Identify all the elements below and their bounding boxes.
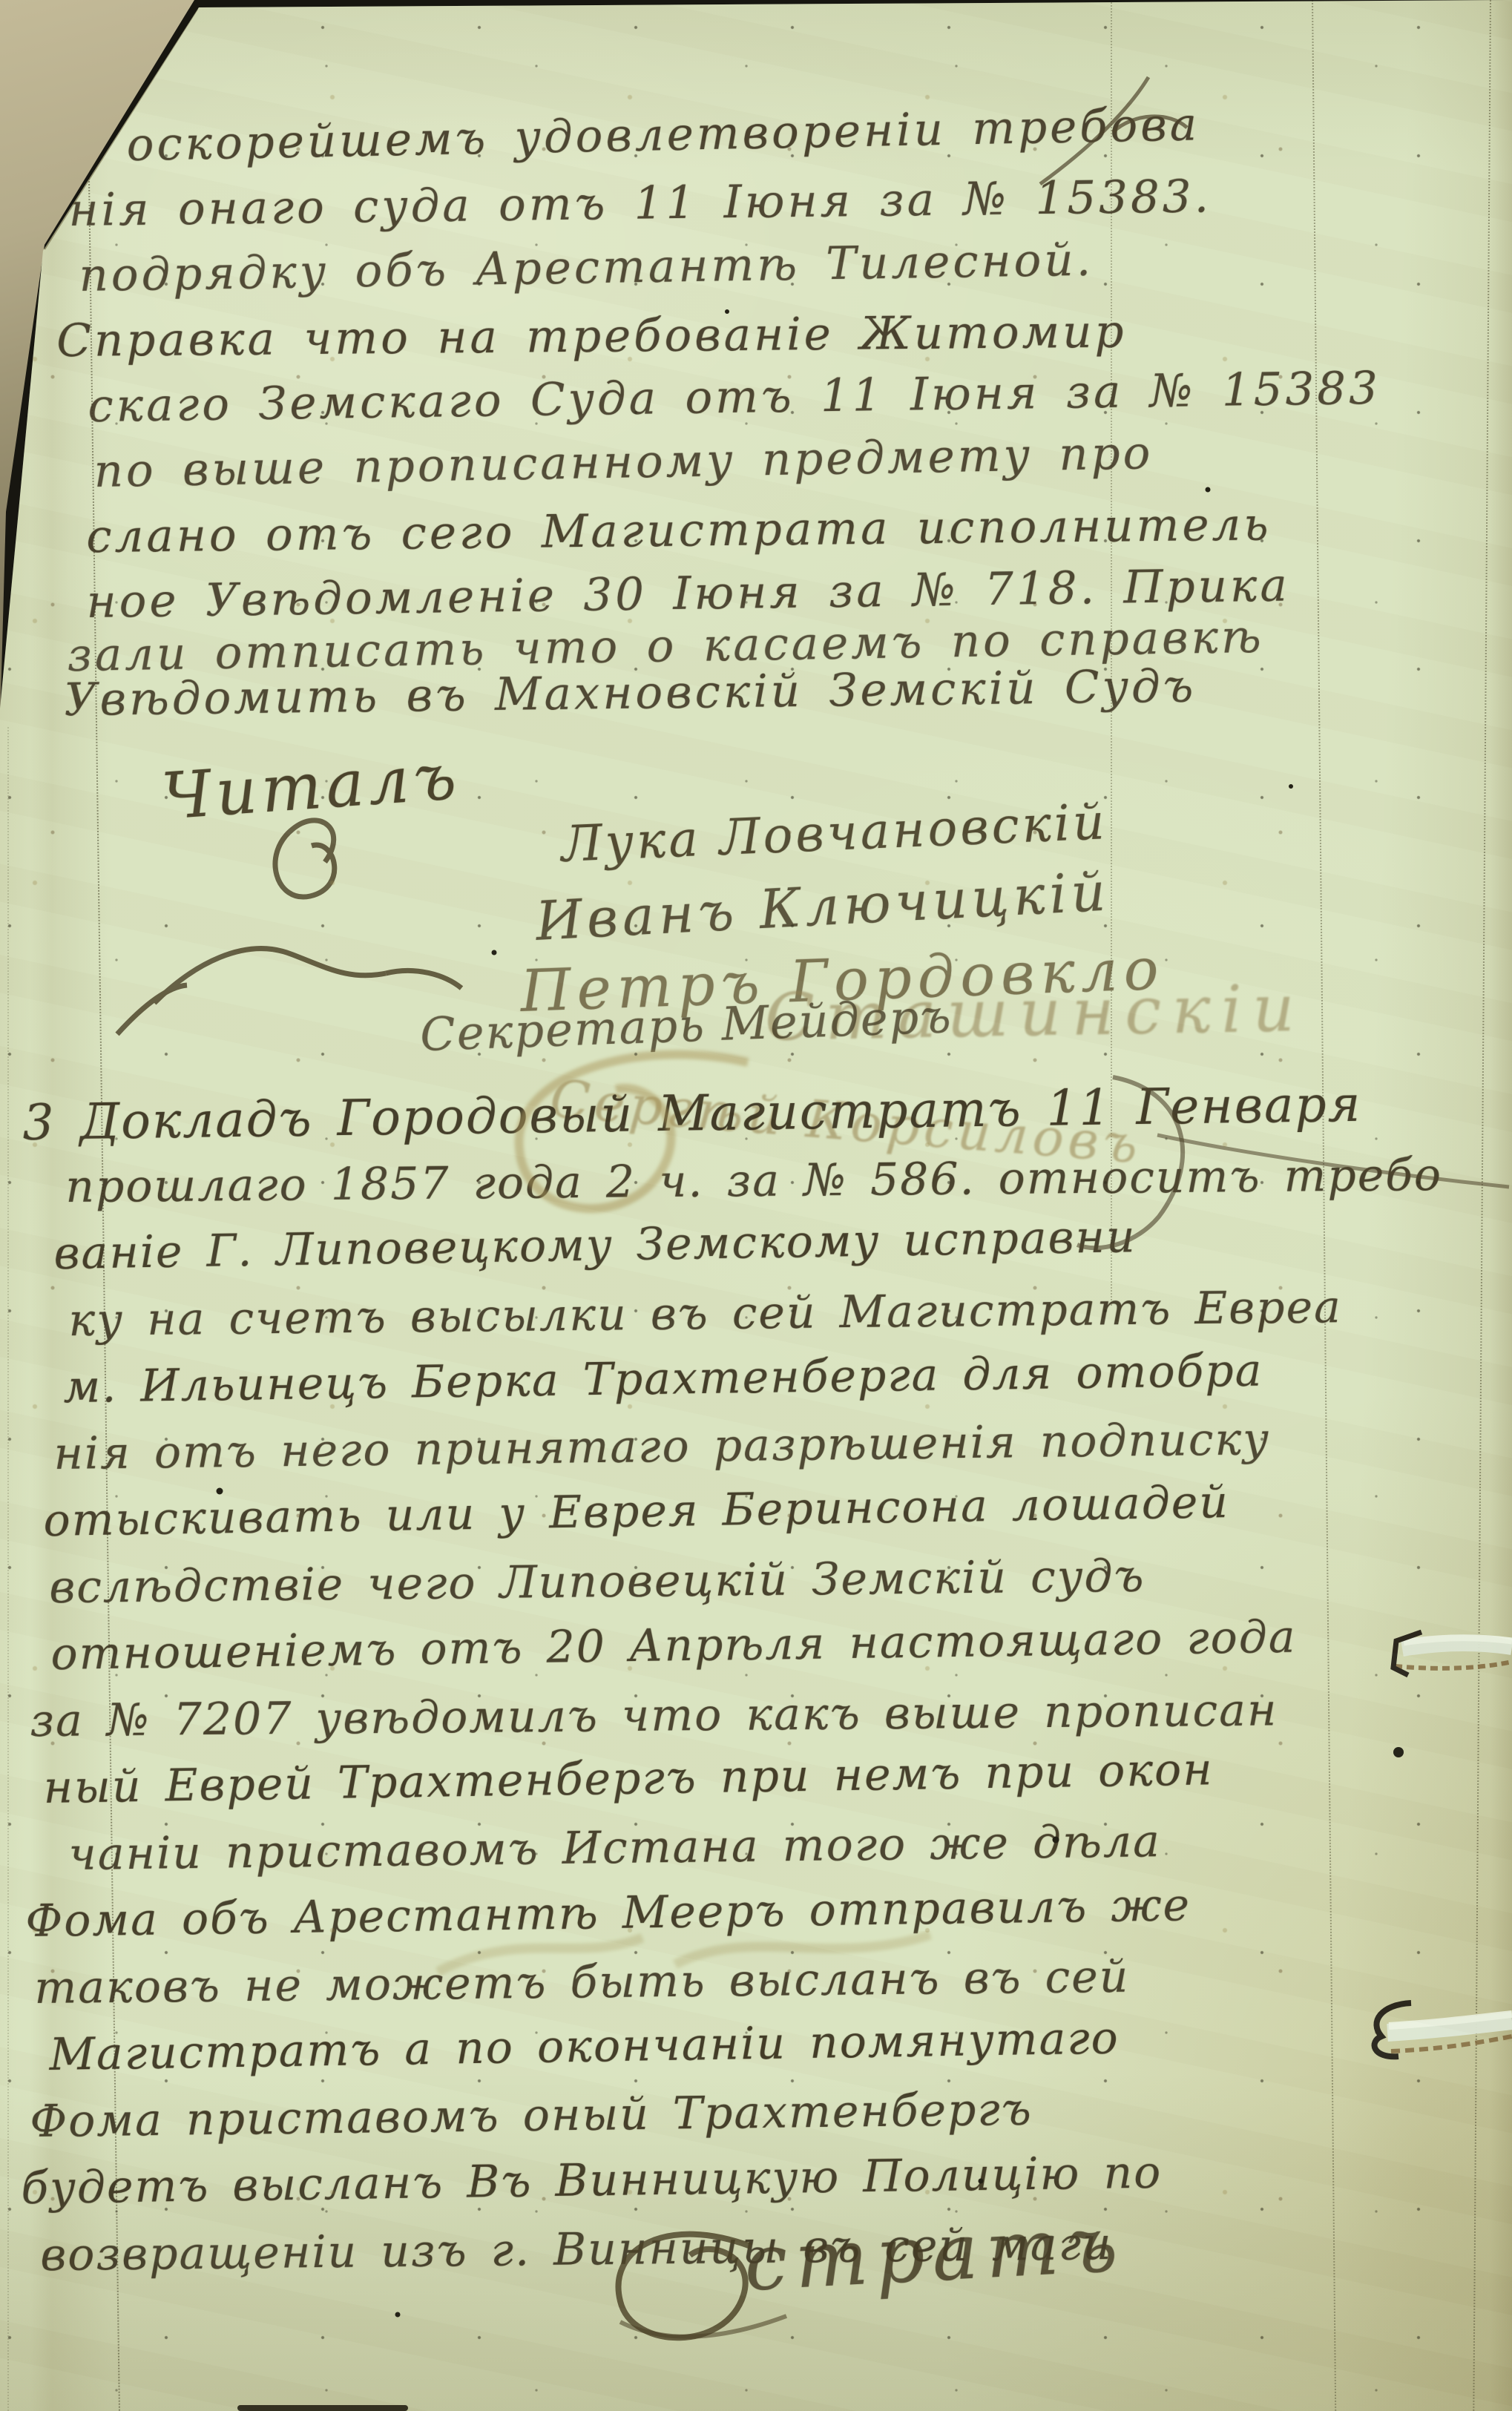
handwritten-line: оскорейшемъ удовлетвореніи требова <box>126 98 1200 171</box>
manuscript-page: оскорейшемъ удовлетвореніи требова нія о… <box>0 0 1512 2411</box>
page-edge-shading <box>1490 0 1512 2411</box>
handwritten-line: будетъ высланъ Въ Винницкую Полицію по <box>21 2147 1163 2214</box>
paper-sheet: оскорейшемъ удовлетвореніи требова нія о… <box>0 0 1512 2411</box>
handwritten-line: Магистратъ а по окончаніи помянутаго <box>49 2012 1120 2081</box>
handwritten-line: отношеніемъ отъ 20 Апрѣля настоящаго год… <box>50 1611 1297 1680</box>
handwritten-line: ваніе Г. Липовецкому Земскому исправни <box>53 1211 1137 1280</box>
signature-burgomaster: Лука Ловчановскій <box>560 793 1108 873</box>
handwritten-line: скаго Земскаго Суда отъ 11 Іюня за № 153… <box>88 362 1381 432</box>
handwritten-line: вслѣдствіе чего Липовецкій Земскій судъ <box>49 1550 1145 1614</box>
read-mark: Читалъ <box>160 740 463 835</box>
handwritten-line: м. Ильинецъ Берка Трахтенберга для отобр… <box>63 1344 1263 1413</box>
handwritten-line: Фома приставомъ оный Трахтенбергъ <box>30 2083 1033 2148</box>
handwritten-line: отыскивать или у Еврея Беринсона лошадей <box>43 1476 1229 1547</box>
closing-flourish-word: стратъ <box>742 2198 1127 2309</box>
handwritten-line: ный Еврей Трахтенбергъ при немъ при окон <box>43 1743 1214 1814</box>
handwritten-line: чаніи приставомъ Истана того же дѣла <box>68 1815 1161 1881</box>
signature-ratman1: Иванъ Ключицкій <box>534 860 1111 952</box>
handwritten-line: Фома объ Арестантѣ Мееръ отправилъ же <box>25 1879 1191 1947</box>
handwritten-line: таковъ не можетъ быть высланъ въ сей <box>34 1951 1130 2014</box>
handwritten-line: Справка что на требованіе Житомир <box>56 305 1127 367</box>
bottom-edge-notch <box>237 2405 408 2411</box>
handwritten-line: нія отъ него принятаго разрѣшенія подпис… <box>53 1413 1270 1480</box>
handwritten-line: подрядку объ Арестантѣ Тилесной. <box>79 234 1094 302</box>
handwritten-line: по выше прописанному предмету про <box>93 427 1154 498</box>
handwritten-line: 3 Докладъ Городовый Магистратъ 11 Генвар… <box>22 1076 1362 1151</box>
fold-line <box>1473 0 1491 2411</box>
handwritten-line: ку на счетъ высылки въ сей Магистратъ Ев… <box>68 1281 1342 1346</box>
handwritten-line: нія онаго суда отъ 11 Іюня за № 15383. <box>68 170 1212 237</box>
handwritten-line: прошлаго 1857 года 2 ч. за № 586. относи… <box>65 1149 1442 1213</box>
fold-line <box>1312 0 1336 2411</box>
handwritten-line: слано отъ сего Магистрата исполнитель <box>86 498 1272 563</box>
fold-line <box>7 727 9 2411</box>
secretary-flourish <box>117 820 461 1034</box>
handwritten-line: за № 7207 увѣдомилъ что какъ выше пропис… <box>30 1684 1278 1747</box>
